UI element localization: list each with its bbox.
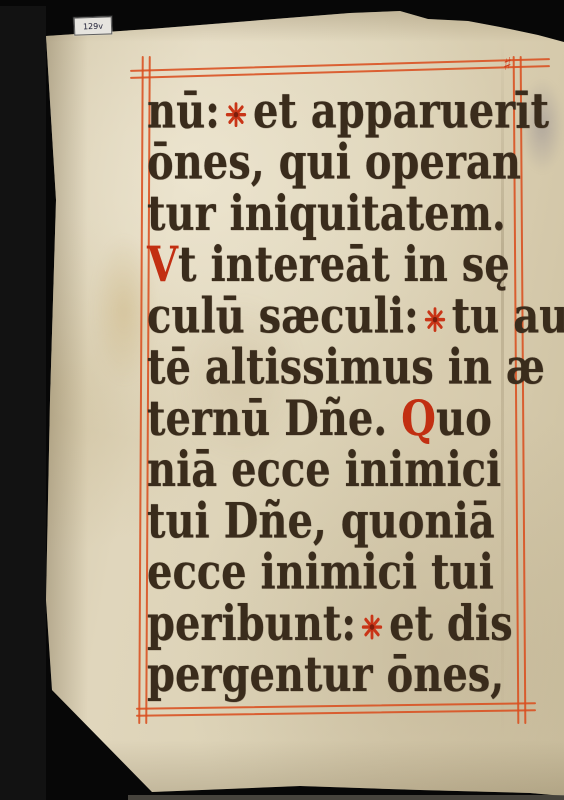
line-text: ternū Dñe. [147, 390, 401, 447]
background-mat [0, 6, 46, 800]
line-text: nū: [147, 82, 220, 139]
line-text: ōnes, qui operan [147, 134, 521, 191]
ruling-line-top-outer [130, 58, 550, 71]
ruling-line-bottom-outer [136, 709, 536, 716]
photo-scene: ♯ nū:et apparuerīt ōnes, qui operan tur … [0, 0, 564, 800]
folio-number: 129v [83, 21, 103, 31]
ruling-line-left-outer [138, 56, 143, 724]
parchment-stain [478, 4, 542, 24]
manuscript-page: ♯ nū:et apparuerīt ōnes, qui operan tur … [0, 0, 564, 800]
line-text: t intereāt in sę [178, 236, 510, 293]
line-text: ecce inimici tui [147, 544, 494, 601]
red-star-icon [423, 307, 447, 333]
page-edge-shading [60, 740, 564, 796]
text-line: niā ecce inimici [147, 445, 525, 496]
text-line: tē altissimus in æ [147, 342, 525, 393]
text-line: pergentur ōnes, [147, 650, 525, 701]
text-line: tui Dñe, quoniā [147, 496, 525, 547]
text-line: Vt intereāt in sę [147, 240, 525, 291]
line-text: tui Dñe, quoniā [147, 492, 495, 549]
folio-label: 129v [74, 16, 113, 35]
red-correction-mark: ♯ [502, 54, 513, 76]
text-line: ōnes, qui operan [147, 137, 525, 188]
text-line: ecce inimici tui [147, 547, 525, 598]
line-text: tur iniquitatem. [147, 185, 506, 242]
line-text: et apparuerīt [253, 82, 549, 139]
line-text: niā ecce inimici [147, 441, 501, 498]
line-text: tu au [452, 287, 564, 344]
line-text: peribunt: [147, 595, 356, 652]
rubric-initial: Q [401, 390, 436, 447]
line-text: tē altissimus in æ [147, 339, 545, 396]
text-line: ternū Dñe. Quo [147, 393, 525, 444]
page-edge-shading [46, 20, 88, 790]
line-text: et dis [389, 595, 513, 652]
page-edge-shading [40, 8, 564, 42]
text-line: peribunt:et dis [147, 598, 525, 649]
line-text: culū sæculi: [147, 287, 419, 344]
line-text: uo [436, 390, 492, 447]
mat-edge [128, 795, 564, 800]
rubric-initial: V [147, 236, 178, 293]
text-line: tur iniquitatem. [147, 188, 525, 239]
red-star-icon [224, 102, 248, 128]
text-line: culū sæculi:tu au [147, 291, 525, 342]
text-block: nū:et apparuerīt ōnes, qui operan tur in… [147, 86, 525, 701]
text-line: nū:et apparuerīt [147, 86, 525, 137]
line-text: pergentur ōnes, [147, 646, 504, 703]
red-star-icon [360, 614, 384, 640]
